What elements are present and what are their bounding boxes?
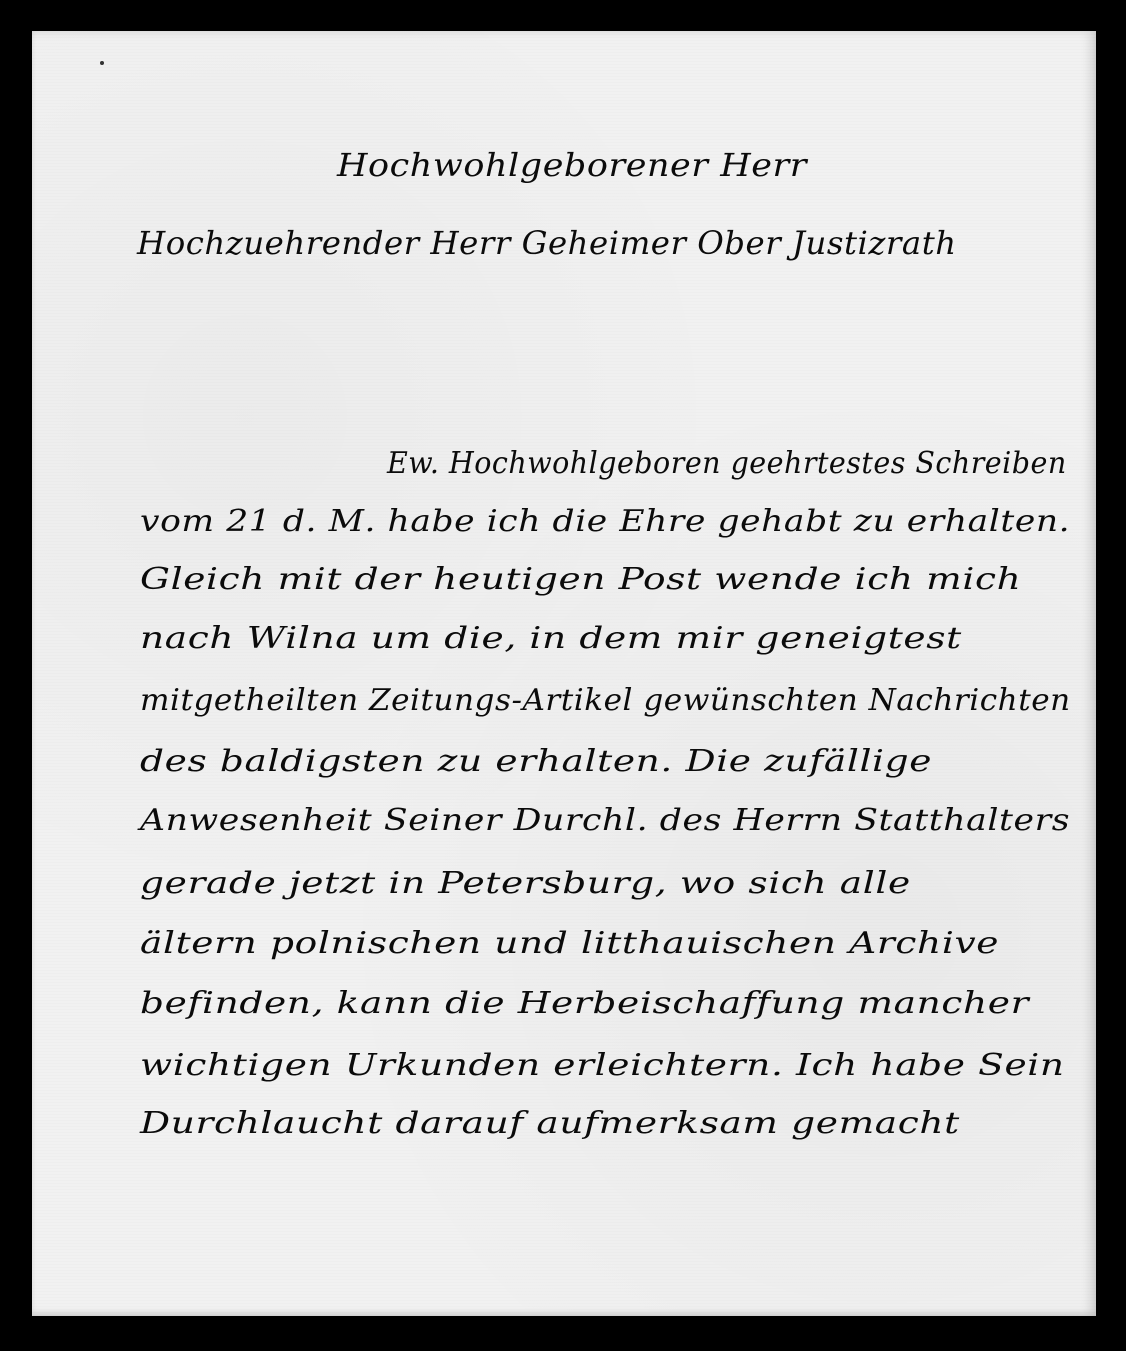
ink-speck [100, 61, 104, 65]
body-line-9: ältern polnischen und litthauischen Arch… [140, 929, 999, 959]
body-line-7: Anwesenheit Seiner Durchl. des Herrn Sta… [140, 806, 1070, 836]
letter-page: Hochwohlgeborener Herr Hochzuehrender He… [32, 31, 1096, 1316]
body-line-4: nach Wilna um die, in dem mir geneigtest [140, 624, 962, 654]
body-line-1: Ew. Hochwohlgeboren geehrtestes Schreibe… [387, 449, 1067, 479]
salutation-line-1: Hochwohlgeborener Herr [337, 149, 807, 181]
body-line-11: wichtigen Urkunden erleichtern. Ich habe… [140, 1051, 1065, 1081]
body-line-2: vom 21 d. M. habe ich die Ehre gehabt zu… [140, 507, 1070, 537]
body-line-12: Durchlaucht darauf aufmerksam gemacht [140, 1109, 960, 1139]
body-line-8: gerade jetzt in Petersburg, wo sich alle [140, 869, 911, 899]
body-line-6: des baldigsten zu erhalten. Die zufällig… [140, 747, 932, 777]
salutation-line-2: Hochzuehrender Herr Geheimer Ober Justiz… [137, 227, 957, 259]
body-line-3: Gleich mit der heutigen Post wende ich m… [140, 565, 1021, 595]
body-line-10: befinden, kann die Herbeischaffung manch… [140, 989, 1029, 1019]
body-line-5: mitgetheilten Zeitungs-Artikel gewünscht… [140, 686, 1071, 716]
